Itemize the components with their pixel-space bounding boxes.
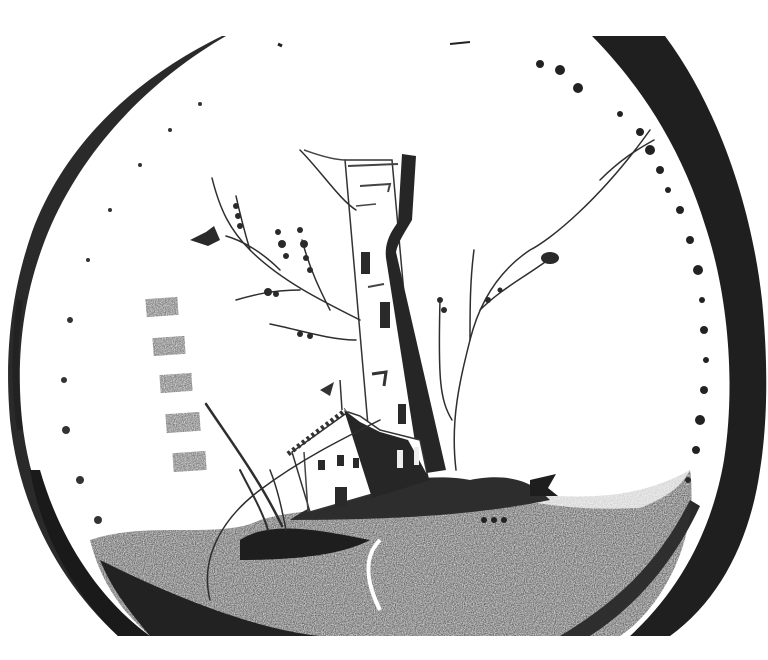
plate-photo: Black-and-white photograph of a painted … (0, 0, 768, 660)
